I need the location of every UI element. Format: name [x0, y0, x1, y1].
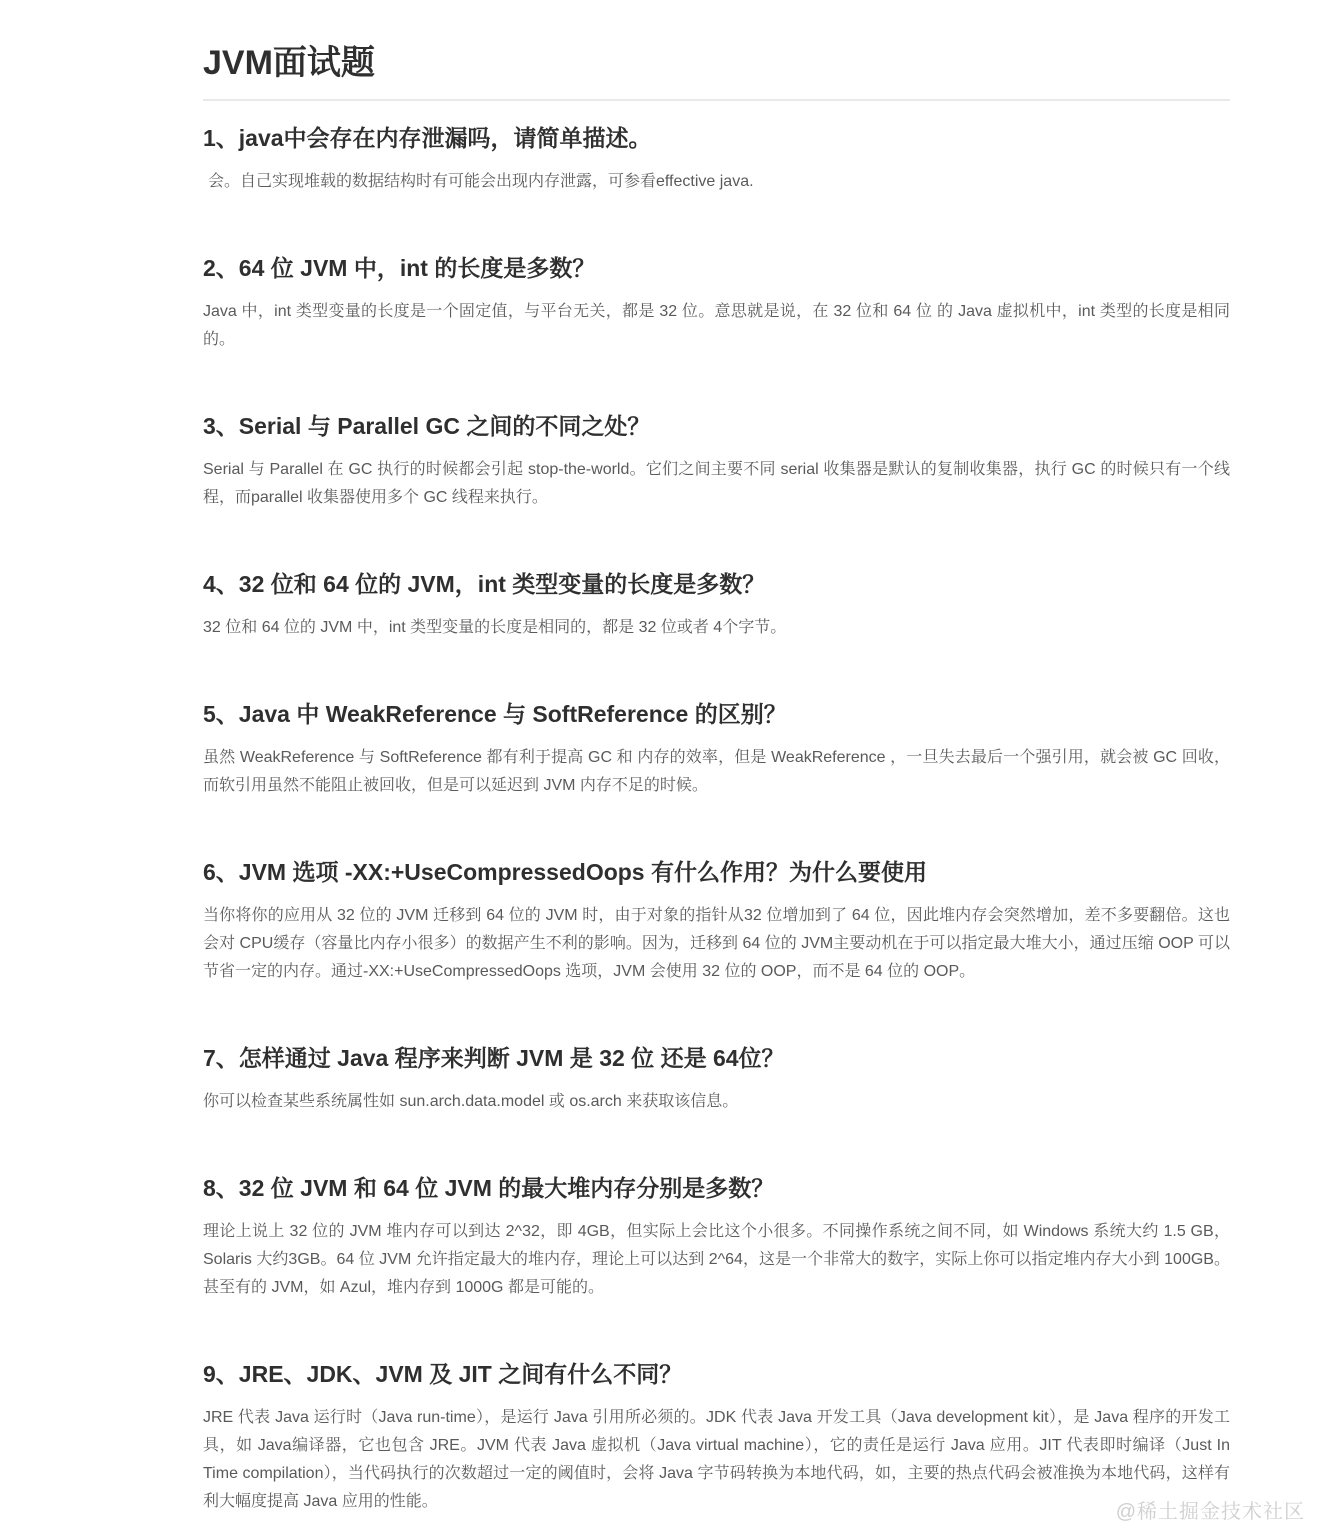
answer-paragraph: 会。自己实现堆载的数据结构时有可能会出现内存泄露，可参看effective ja…: [203, 168, 1230, 196]
question-heading: 4、32 位和 64 位的 JVM，int 类型变量的长度是多数？: [203, 569, 1230, 600]
qa-section: 3、Serial 与 Parallel GC 之间的不同之处？ Serial 与…: [203, 411, 1230, 512]
document-page: JVM面试题 1、java中会存在内存泄漏吗，请简单描述。 会。自己实现堆载的数…: [0, 0, 1317, 1534]
qa-section: 7、怎样通过 Java 程序来判断 JVM 是 32 位 还是 64位？ 你可以…: [203, 1043, 1230, 1116]
answer-paragraph: Java 中，int 类型变量的长度是一个固定值，与平台无关，都是 32 位。意…: [203, 298, 1230, 354]
question-heading: 2、64 位 JVM 中，int 的长度是多数？: [203, 253, 1230, 284]
answer-paragraph: 理论上说上 32 位的 JVM 堆内存可以到达 2^32，即 4GB，但实际上会…: [203, 1218, 1230, 1302]
qa-section: 5、Java 中 WeakReference 与 SoftReference 的…: [203, 699, 1230, 800]
answer-paragraph: Serial 与 Parallel 在 GC 执行的时候都会引起 stop-th…: [203, 456, 1230, 512]
answer-paragraph: JRE 代表 Java 运行时（Java run-time），是运行 Java …: [203, 1404, 1230, 1516]
question-heading: 1、java中会存在内存泄漏吗，请简单描述。: [203, 123, 1230, 154]
answer-paragraph: 你可以检查某些系统属性如 sun.arch.data.model 或 os.ar…: [203, 1088, 1230, 1116]
qa-section: 6、JVM 选项 -XX:+UseCompressedOops 有什么作用？为什…: [203, 857, 1230, 986]
question-heading: 6、JVM 选项 -XX:+UseCompressedOops 有什么作用？为什…: [203, 857, 1230, 888]
watermark: @稀土掘金技术社区: [1116, 1495, 1305, 1524]
answer-paragraph: 32 位和 64 位的 JVM 中，int 类型变量的长度是相同的，都是 32 …: [203, 614, 1230, 642]
qa-section: 8、32 位 JVM 和 64 位 JVM 的最大堆内存分别是多数？ 理论上说上…: [203, 1173, 1230, 1302]
qa-list: 1、java中会存在内存泄漏吗，请简单描述。 会。自己实现堆载的数据结构时有可能…: [203, 123, 1230, 1516]
question-heading: 7、怎样通过 Java 程序来判断 JVM 是 32 位 还是 64位？: [203, 1043, 1230, 1074]
question-heading: 5、Java 中 WeakReference 与 SoftReference 的…: [203, 699, 1230, 730]
qa-section: 1、java中会存在内存泄漏吗，请简单描述。 会。自己实现堆载的数据结构时有可能…: [203, 123, 1230, 196]
answer-paragraph: 当你将你的应用从 32 位的 JVM 迁移到 64 位的 JVM 时，由于对象的…: [203, 902, 1230, 986]
qa-section: 9、JRE、JDK、JVM 及 JIT 之间有什么不同？ JRE 代表 Java…: [203, 1359, 1230, 1516]
qa-section: 2、64 位 JVM 中，int 的长度是多数？ Java 中，int 类型变量…: [203, 253, 1230, 354]
qa-section: 4、32 位和 64 位的 JVM，int 类型变量的长度是多数？ 32 位和 …: [203, 569, 1230, 642]
title-divider: [203, 99, 1230, 101]
page-title: JVM面试题: [203, 40, 1230, 86]
question-heading: 8、32 位 JVM 和 64 位 JVM 的最大堆内存分别是多数？: [203, 1173, 1230, 1204]
question-heading: 9、JRE、JDK、JVM 及 JIT 之间有什么不同？: [203, 1359, 1230, 1390]
question-heading: 3、Serial 与 Parallel GC 之间的不同之处？: [203, 411, 1230, 442]
answer-paragraph: 虽然 WeakReference 与 SoftReference 都有利于提高 …: [203, 744, 1230, 800]
